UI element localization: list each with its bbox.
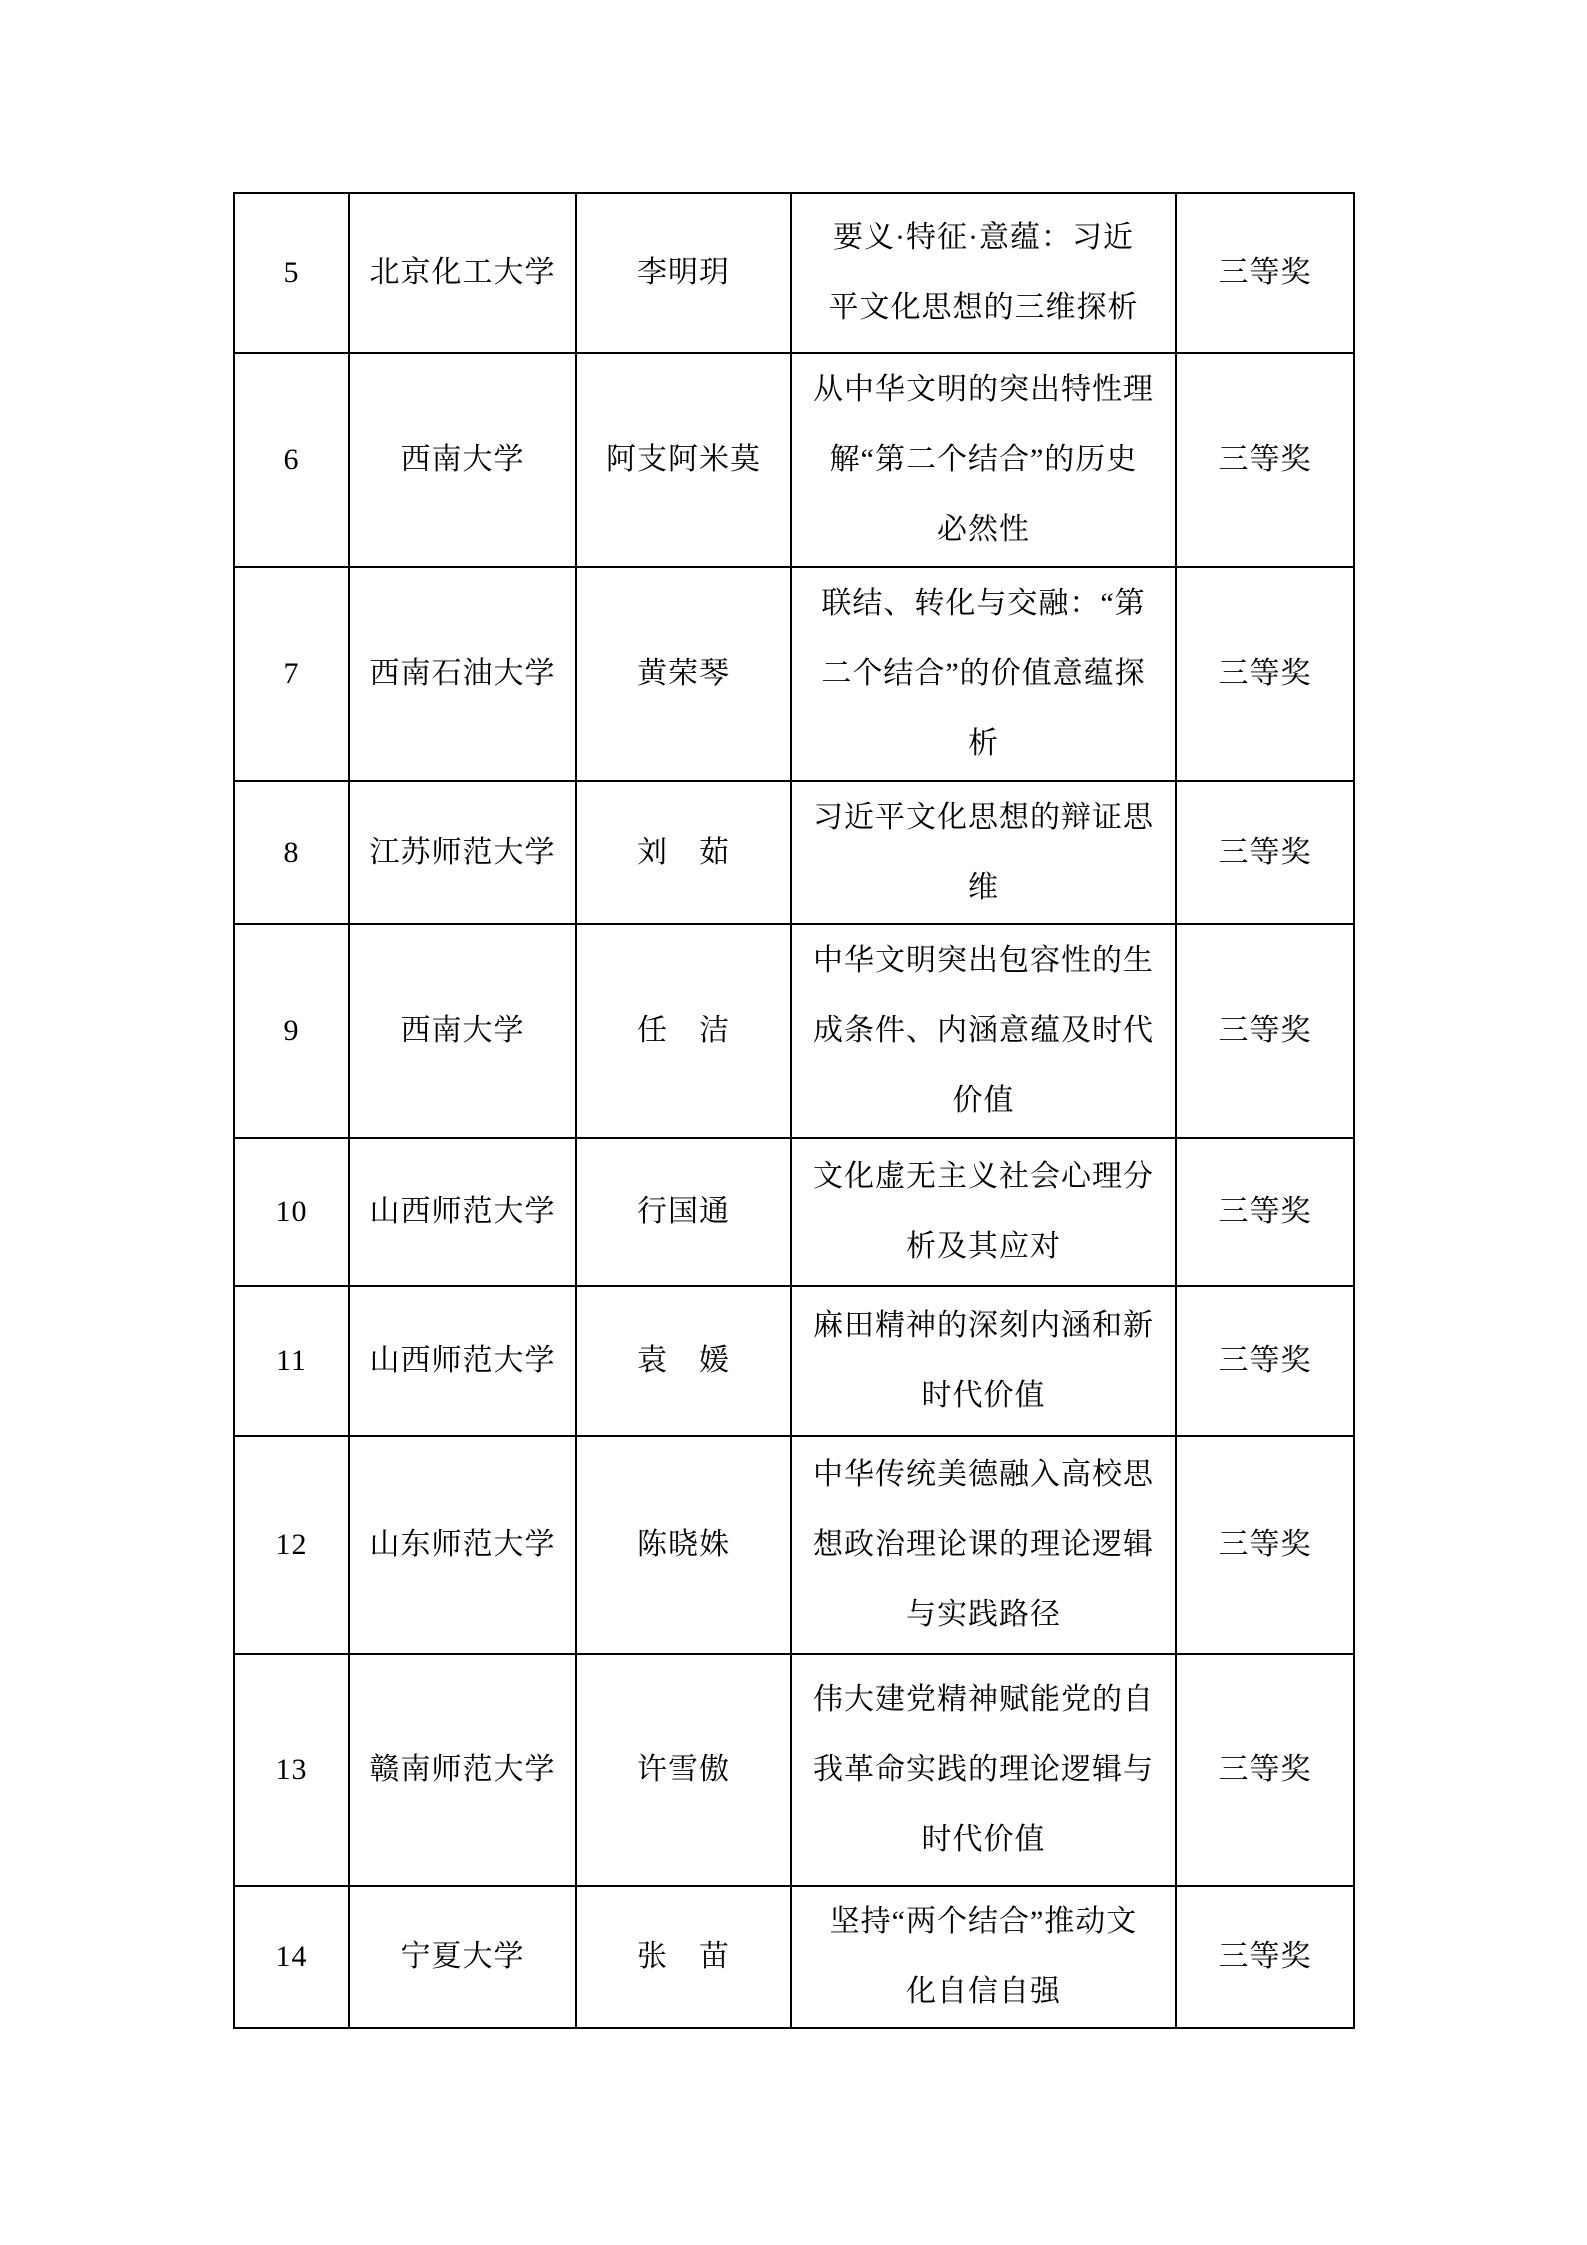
author-cell: 黄荣琴	[576, 567, 791, 781]
author-cell: 李明玥	[576, 193, 791, 353]
university-cell: 北京化工大学	[349, 193, 576, 353]
row-number-cell: 12	[234, 1436, 349, 1654]
author-cell: 任 洁	[576, 924, 791, 1138]
author-cell: 陈晓姝	[576, 1436, 791, 1654]
document-page: { "page": { "background": "#ffffff", "te…	[0, 0, 1587, 2245]
table-row: 10 山西师范大学 行国通 文化虚无主义社会心理分 析及其应对 三等奖	[234, 1138, 1354, 1286]
row-number-cell: 10	[234, 1138, 349, 1286]
author-cell: 行国通	[576, 1138, 791, 1286]
award-cell: 三等奖	[1176, 567, 1354, 781]
row-number-cell: 7	[234, 567, 349, 781]
table-row: 11 山西师范大学 袁 媛 麻田精神的深刻内涵和新 时代价值 三等奖	[234, 1286, 1354, 1436]
university-cell: 西南大学	[349, 353, 576, 567]
table-row: 7 西南石油大学 黄荣琴 联结、转化与交融：“第 二个结合”的价值意蕴探 析 三…	[234, 567, 1354, 781]
paper-title-cell: 麻田精神的深刻内涵和新 时代价值	[791, 1286, 1176, 1436]
award-cell: 三等奖	[1176, 353, 1354, 567]
author-cell: 袁 媛	[576, 1286, 791, 1436]
author-cell: 刘 茹	[576, 781, 791, 924]
author-cell: 阿支阿米莫	[576, 353, 791, 567]
row-number-cell: 6	[234, 353, 349, 567]
award-cell: 三等奖	[1176, 1436, 1354, 1654]
paper-title-cell: 从中华文明的突出特性理 解“第二个结合”的历史 必然性	[791, 353, 1176, 567]
award-cell: 三等奖	[1176, 1286, 1354, 1436]
table-row: 13 赣南师范大学 许雪傲 伟大建党精神赋能党的自 我革命实践的理论逻辑与 时代…	[234, 1654, 1354, 1886]
university-cell: 西南石油大学	[349, 567, 576, 781]
author-cell: 张 苗	[576, 1886, 791, 2028]
university-cell: 山西师范大学	[349, 1286, 576, 1436]
table-row: 14 宁夏大学 张 苗 坚持“两个结合”推动文 化自信自强 三等奖	[234, 1886, 1354, 2028]
university-cell: 山西师范大学	[349, 1138, 576, 1286]
university-cell: 宁夏大学	[349, 1886, 576, 2028]
table-row: 9 西南大学 任 洁 中华文明突出包容性的生 成条件、内涵意蕴及时代 价值 三等…	[234, 924, 1354, 1138]
row-number-cell: 13	[234, 1654, 349, 1886]
paper-title-cell: 习近平文化思想的辩证思 维	[791, 781, 1176, 924]
paper-title-cell: 文化虚无主义社会心理分 析及其应对	[791, 1138, 1176, 1286]
table-row: 8 江苏师范大学 刘 茹 习近平文化思想的辩证思 维 三等奖	[234, 781, 1354, 924]
award-cell: 三等奖	[1176, 193, 1354, 353]
award-cell: 三等奖	[1176, 781, 1354, 924]
row-number-cell: 8	[234, 781, 349, 924]
paper-title-cell: 要义·特征·意蕴：习近 平文化思想的三维探析	[791, 193, 1176, 353]
table-row: 12 山东师范大学 陈晓姝 中华传统美德融入高校思 想政治理论课的理论逻辑 与实…	[234, 1436, 1354, 1654]
paper-title-cell: 伟大建党精神赋能党的自 我革命实践的理论逻辑与 时代价值	[791, 1654, 1176, 1886]
university-cell: 赣南师范大学	[349, 1654, 576, 1886]
award-cell: 三等奖	[1176, 1886, 1354, 2028]
award-cell: 三等奖	[1176, 1654, 1354, 1886]
table-row: 6 西南大学 阿支阿米莫 从中华文明的突出特性理 解“第二个结合”的历史 必然性…	[234, 353, 1354, 567]
paper-title-cell: 联结、转化与交融：“第 二个结合”的价值意蕴探 析	[791, 567, 1176, 781]
row-number-cell: 5	[234, 193, 349, 353]
row-number-cell: 11	[234, 1286, 349, 1436]
award-cell: 三等奖	[1176, 1138, 1354, 1286]
paper-title-cell: 坚持“两个结合”推动文 化自信自强	[791, 1886, 1176, 2028]
awards-table: 5 北京化工大学 李明玥 要义·特征·意蕴：习近 平文化思想的三维探析 三等奖 …	[233, 192, 1355, 2029]
author-cell: 许雪傲	[576, 1654, 791, 1886]
university-cell: 山东师范大学	[349, 1436, 576, 1654]
row-number-cell: 9	[234, 924, 349, 1138]
university-cell: 江苏师范大学	[349, 781, 576, 924]
paper-title-cell: 中华文明突出包容性的生 成条件、内涵意蕴及时代 价值	[791, 924, 1176, 1138]
award-cell: 三等奖	[1176, 924, 1354, 1138]
table-row: 5 北京化工大学 李明玥 要义·特征·意蕴：习近 平文化思想的三维探析 三等奖	[234, 193, 1354, 353]
university-cell: 西南大学	[349, 924, 576, 1138]
paper-title-cell: 中华传统美德融入高校思 想政治理论课的理论逻辑 与实践路径	[791, 1436, 1176, 1654]
row-number-cell: 14	[234, 1886, 349, 2028]
